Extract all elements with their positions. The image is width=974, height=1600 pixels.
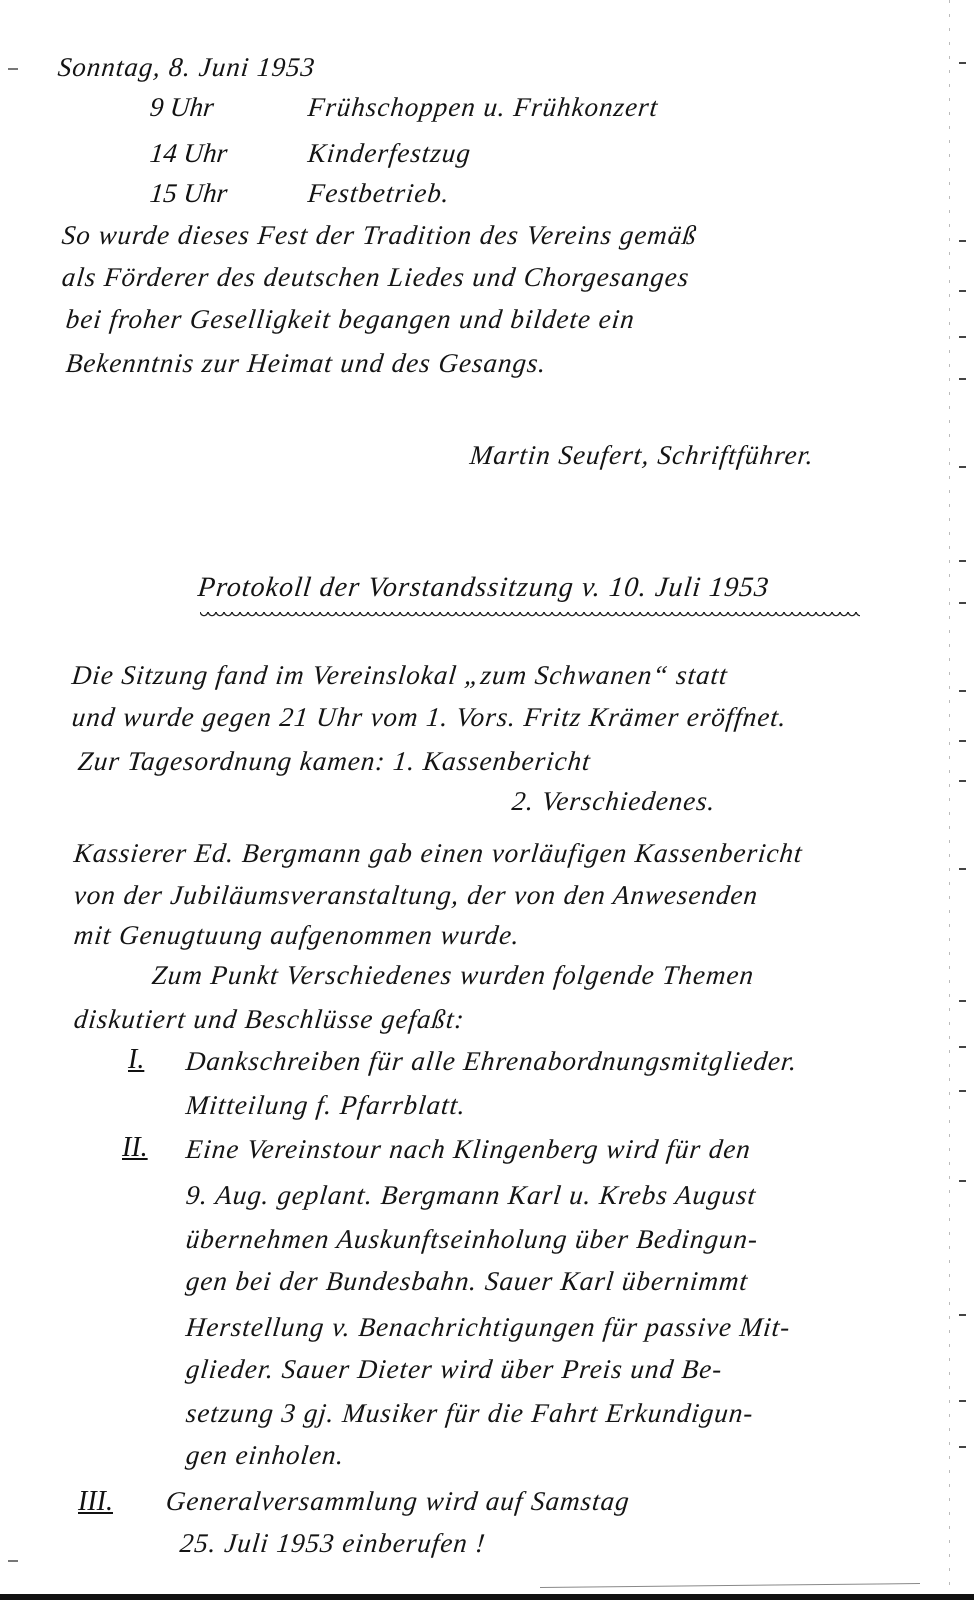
scan-mark	[959, 1400, 966, 1402]
intro-line: Die Sitzung fand im Vereinslokal „zum Sc…	[70, 660, 729, 691]
scan-mark	[959, 868, 966, 870]
item-line: gen bei der Bundesbahn. Sauer Karl übern…	[184, 1266, 749, 1297]
item-numeral: II.	[122, 1132, 148, 1164]
item-line: Generalversammlung wird auf Samstag	[164, 1486, 631, 1517]
scan-mark	[959, 336, 966, 338]
paragraph-line: als Förderer des deutschen Liedes und Ch…	[60, 262, 691, 293]
report-line: diskutiert und Beschlüsse gefaßt:	[72, 1004, 466, 1035]
scan-mark	[959, 466, 966, 468]
schedule-time: 15 Uhr	[148, 178, 229, 209]
item-line: 25. Juli 1953 einberufen !	[178, 1528, 487, 1559]
item-line: Herstellung v. Benachrichtigungen für pa…	[184, 1312, 792, 1343]
agenda-item: 2. Verschiedenes.	[510, 786, 717, 817]
scan-mark	[959, 602, 966, 604]
scan-mark	[959, 1314, 966, 1316]
schedule-time: 14 Uhr	[148, 138, 229, 169]
scan-mark	[959, 290, 966, 292]
scan-bottom-edge	[0, 1594, 974, 1600]
item-line: Eine Vereinstour nach Klingenberg wird f…	[184, 1134, 752, 1165]
item-line: setzung 3 gj. Musiker für die Fahrt Erku…	[184, 1398, 755, 1429]
item-numeral: I.	[128, 1044, 144, 1076]
report-line: Zum Punkt Verschiedenes wurden folgende …	[150, 960, 755, 991]
report-line: von der Jubiläumsveranstaltung, der von …	[72, 880, 759, 911]
paragraph-line: bei froher Geselligkeit begangen und bil…	[64, 304, 636, 335]
item-line: Dankschreiben für alle Ehrenabordnungsmi…	[184, 1046, 799, 1077]
schedule-event: Festbetrieb.	[306, 178, 451, 209]
date-line: Sonntag, 8. Juni 1953	[56, 52, 317, 83]
item-line: gen einholen.	[184, 1440, 346, 1471]
scan-mark	[959, 1446, 966, 1448]
report-line: mit Genugtuung aufgenommen wurde.	[72, 920, 521, 951]
scan-mark	[8, 1560, 18, 1562]
protocol-title: Protokoll der Vorstandssitzung v. 10. Ju…	[196, 572, 771, 604]
scan-mark	[959, 1090, 966, 1092]
intro-line: Zur Tagesordnung kamen: 1. Kassenbericht	[76, 746, 592, 777]
schedule-time: 9 Uhr	[148, 92, 215, 123]
item-line: glieder. Sauer Dieter wird über Preis un…	[184, 1354, 724, 1385]
signature: Martin Seufert, Schriftführer.	[468, 440, 815, 471]
scan-mark	[959, 1180, 966, 1182]
scanned-page: Sonntag, 8. Juni 1953 9 Uhr Frühschoppen…	[0, 0, 974, 1600]
title-wavy-underline	[200, 612, 860, 622]
intro-line: und wurde gegen 21 Uhr vom 1. Vors. Frit…	[70, 702, 788, 733]
paragraph-line: Bekenntnis zur Heimat und des Gesangs.	[64, 348, 548, 379]
scan-mark	[959, 62, 966, 64]
scan-mark	[959, 560, 966, 562]
scan-mark	[8, 68, 18, 70]
scan-mark	[959, 690, 966, 692]
scan-mark	[959, 1046, 966, 1048]
item-line: übernehmen Auskunftseinholung über Bedin…	[184, 1224, 759, 1255]
scan-mark	[959, 780, 966, 782]
scan-mark	[959, 378, 966, 380]
paragraph-line: So wurde dieses Fest der Tradition des V…	[60, 220, 698, 251]
page-edge-perforation	[949, 0, 950, 1600]
schedule-event: Kinderfestzug	[306, 138, 472, 169]
scan-line	[540, 1583, 920, 1588]
report-line: Kassierer Ed. Bergmann gab einen vorläuf…	[72, 838, 804, 869]
item-numeral: III.	[78, 1486, 113, 1518]
scan-mark	[959, 740, 966, 742]
scan-mark	[959, 1000, 966, 1002]
schedule-event: Frühschoppen u. Frühkonzert	[306, 92, 659, 123]
scan-mark	[959, 240, 966, 242]
item-line: 9. Aug. geplant. Bergmann Karl u. Krebs …	[184, 1180, 758, 1211]
item-line: Mitteilung f. Pfarrblatt.	[184, 1090, 467, 1121]
